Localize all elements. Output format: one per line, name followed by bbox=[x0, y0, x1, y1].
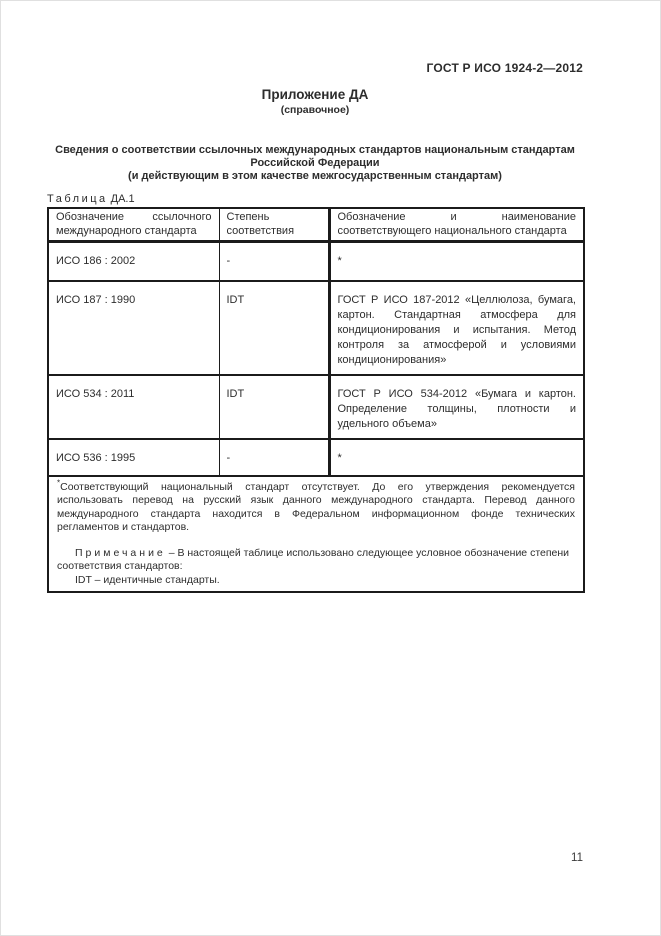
cell-national-standard: ГОСТ Р ИСО 534-2012 «Бумага и картон. Оп… bbox=[329, 375, 584, 439]
correspondence-table: Обозначение ссылочного международного ст… bbox=[47, 207, 585, 593]
table-caption-number: ДА.1 bbox=[111, 193, 135, 205]
cell-degree: - bbox=[219, 242, 329, 281]
cell-ref-standard: ИСО 536 : 1995 bbox=[48, 439, 219, 476]
note-item-idt: IDT – идентичные стандарты. bbox=[75, 574, 575, 588]
note-paragraph: Примечание – В настоящей таблице использ… bbox=[57, 547, 575, 574]
cell-ref-standard: ИСО 186 : 2002 bbox=[48, 242, 219, 281]
table-row: ИСО 187 : 1990 IDT ГОСТ Р ИСО 187-2012 «… bbox=[48, 281, 584, 375]
section-title-line-3: (и действующим в этом качестве межгосуда… bbox=[47, 170, 583, 183]
table-footnote-cell: *Соответствующий национальный стандарт о… bbox=[48, 476, 584, 593]
cell-ref-standard: ИСО 534 : 2011 bbox=[48, 375, 219, 439]
appendix-title: Приложение ДА bbox=[47, 87, 583, 102]
appendix-subtitle: (справочное) bbox=[47, 104, 583, 116]
column-header-reference-standard: Обозначение ссылочного международного ст… bbox=[48, 208, 219, 242]
cell-degree: IDT bbox=[219, 281, 329, 375]
column-header-degree: Степень соответствия bbox=[219, 208, 329, 242]
page-number: 11 bbox=[47, 852, 583, 864]
cell-national-standard: * bbox=[329, 242, 584, 281]
cell-national-standard: ГОСТ Р ИСО 187-2012 «Целлюлоза, бумага, … bbox=[329, 281, 584, 375]
document-page: ГОСТ Р ИСО 1924-2—2012 Приложение ДА (сп… bbox=[0, 0, 661, 936]
table-caption: ТаблицаДА.1 bbox=[47, 193, 135, 205]
cell-degree: - bbox=[219, 439, 329, 476]
table-caption-word: Таблица bbox=[47, 193, 108, 205]
table-row: ИСО 186 : 2002 - * bbox=[48, 242, 584, 281]
note-label: Примечание bbox=[75, 547, 166, 559]
section-title-line-1: Сведения о соответствии ссылочных междун… bbox=[47, 144, 583, 157]
footnote-paragraph: *Соответствующий национальный стандарт о… bbox=[57, 481, 575, 535]
section-title-line-2: Российской Федерации bbox=[47, 157, 583, 170]
table-row: ИСО 534 : 2011 IDT ГОСТ Р ИСО 534-2012 «… bbox=[48, 375, 584, 439]
document-code-header: ГОСТ Р ИСО 1924-2—2012 bbox=[47, 61, 583, 75]
section-title: Сведения о соответствии ссылочных междун… bbox=[47, 144, 583, 183]
cell-national-standard: * bbox=[329, 439, 584, 476]
table-footnote-row: *Соответствующий национальный стандарт о… bbox=[48, 476, 584, 593]
cell-degree: IDT bbox=[219, 375, 329, 439]
table-row: ИСО 536 : 1995 - * bbox=[48, 439, 584, 476]
column-header-national-standard: Обозначение и наименование соответствующ… bbox=[329, 208, 584, 242]
table-header-row: Обозначение ссылочного международного ст… bbox=[48, 208, 584, 242]
footnote-text: Соответствующий национальный стандарт от… bbox=[57, 481, 575, 534]
cell-ref-standard: ИСО 187 : 1990 bbox=[48, 281, 219, 375]
